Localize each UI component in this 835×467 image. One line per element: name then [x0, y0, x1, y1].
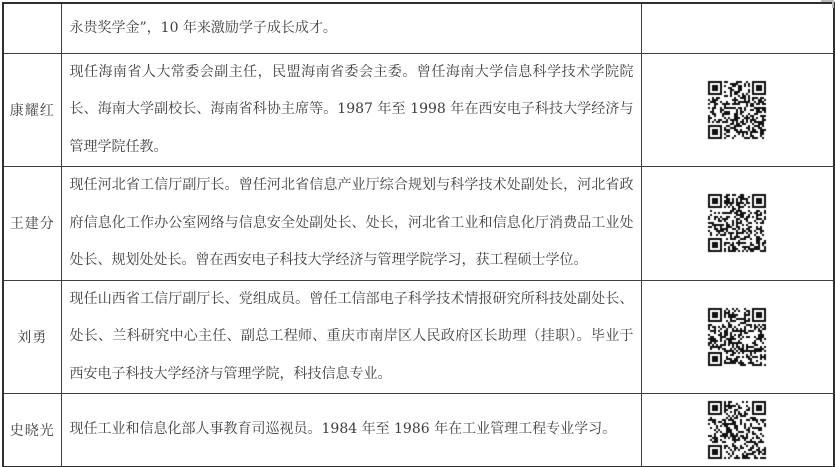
profiles-table: 永贵奖学金”，10 年来激励学子成长成才。 康耀红 现任海南省人大常委会副主任，… [2, 2, 835, 467]
qr-cell [641, 167, 834, 281]
description-cell: 现任海南省人大常委会副主任，民盟海南省委会主委。曾任海南大学信息科学技术学院院长… [61, 53, 641, 167]
screen-corner-artifact [821, 0, 834, 8]
description-cell: 现任工业和信息化部人事教育司巡视员。1984 年至 1986 年在工业管理工程专… [61, 394, 641, 467]
qr-cell [641, 53, 834, 167]
name-cell: 王建分 [3, 167, 61, 281]
table-row: 康耀红 现任海南省人大常委会副主任，民盟海南省委会主委。曾任海南大学信息科学技术… [3, 53, 834, 167]
description-cell: 现任山西省工信厅副厅长、党组成员。曾任工信部电子科学技术情报研究所科技处副处长、… [61, 280, 641, 394]
name-cell [3, 3, 61, 53]
table-row: 永贵奖学金”，10 年来激励学子成长成才。 [3, 3, 834, 53]
description-cell: 现任河北省工信厅副厅长。曾任河北省信息产业厅综合规划与科学技术处副处长，河北省政… [61, 167, 641, 281]
qr-cell [641, 394, 834, 467]
qr-code-image [706, 306, 768, 368]
description-cell: 永贵奖学金”，10 年来激励学子成长成才。 [61, 3, 641, 53]
name-cell: 史晓光 [3, 394, 61, 467]
table-row: 史晓光 现任工业和信息化部人事教育司巡视员。1984 年至 1986 年在工业管… [3, 394, 834, 467]
table-row: 王建分 现任河北省工信厅副厅长。曾任河北省信息产业厅综合规划与科学技术处副处长，… [3, 167, 834, 281]
qr-code-image [706, 399, 768, 461]
name-cell: 康耀红 [3, 53, 61, 167]
qr-code-image [706, 79, 768, 141]
qr-cell [641, 280, 834, 394]
qr-cell [641, 3, 834, 53]
document-page: 永贵奖学金”，10 年来激励学子成长成才。 康耀红 现任海南省人大常委会副主任，… [0, 0, 835, 467]
qr-code-image [706, 192, 768, 254]
name-cell: 刘勇 [3, 280, 61, 394]
table-row: 刘勇 现任山西省工信厅副厅长、党组成员。曾任工信部电子科学技术情报研究所科技处副… [3, 280, 834, 394]
